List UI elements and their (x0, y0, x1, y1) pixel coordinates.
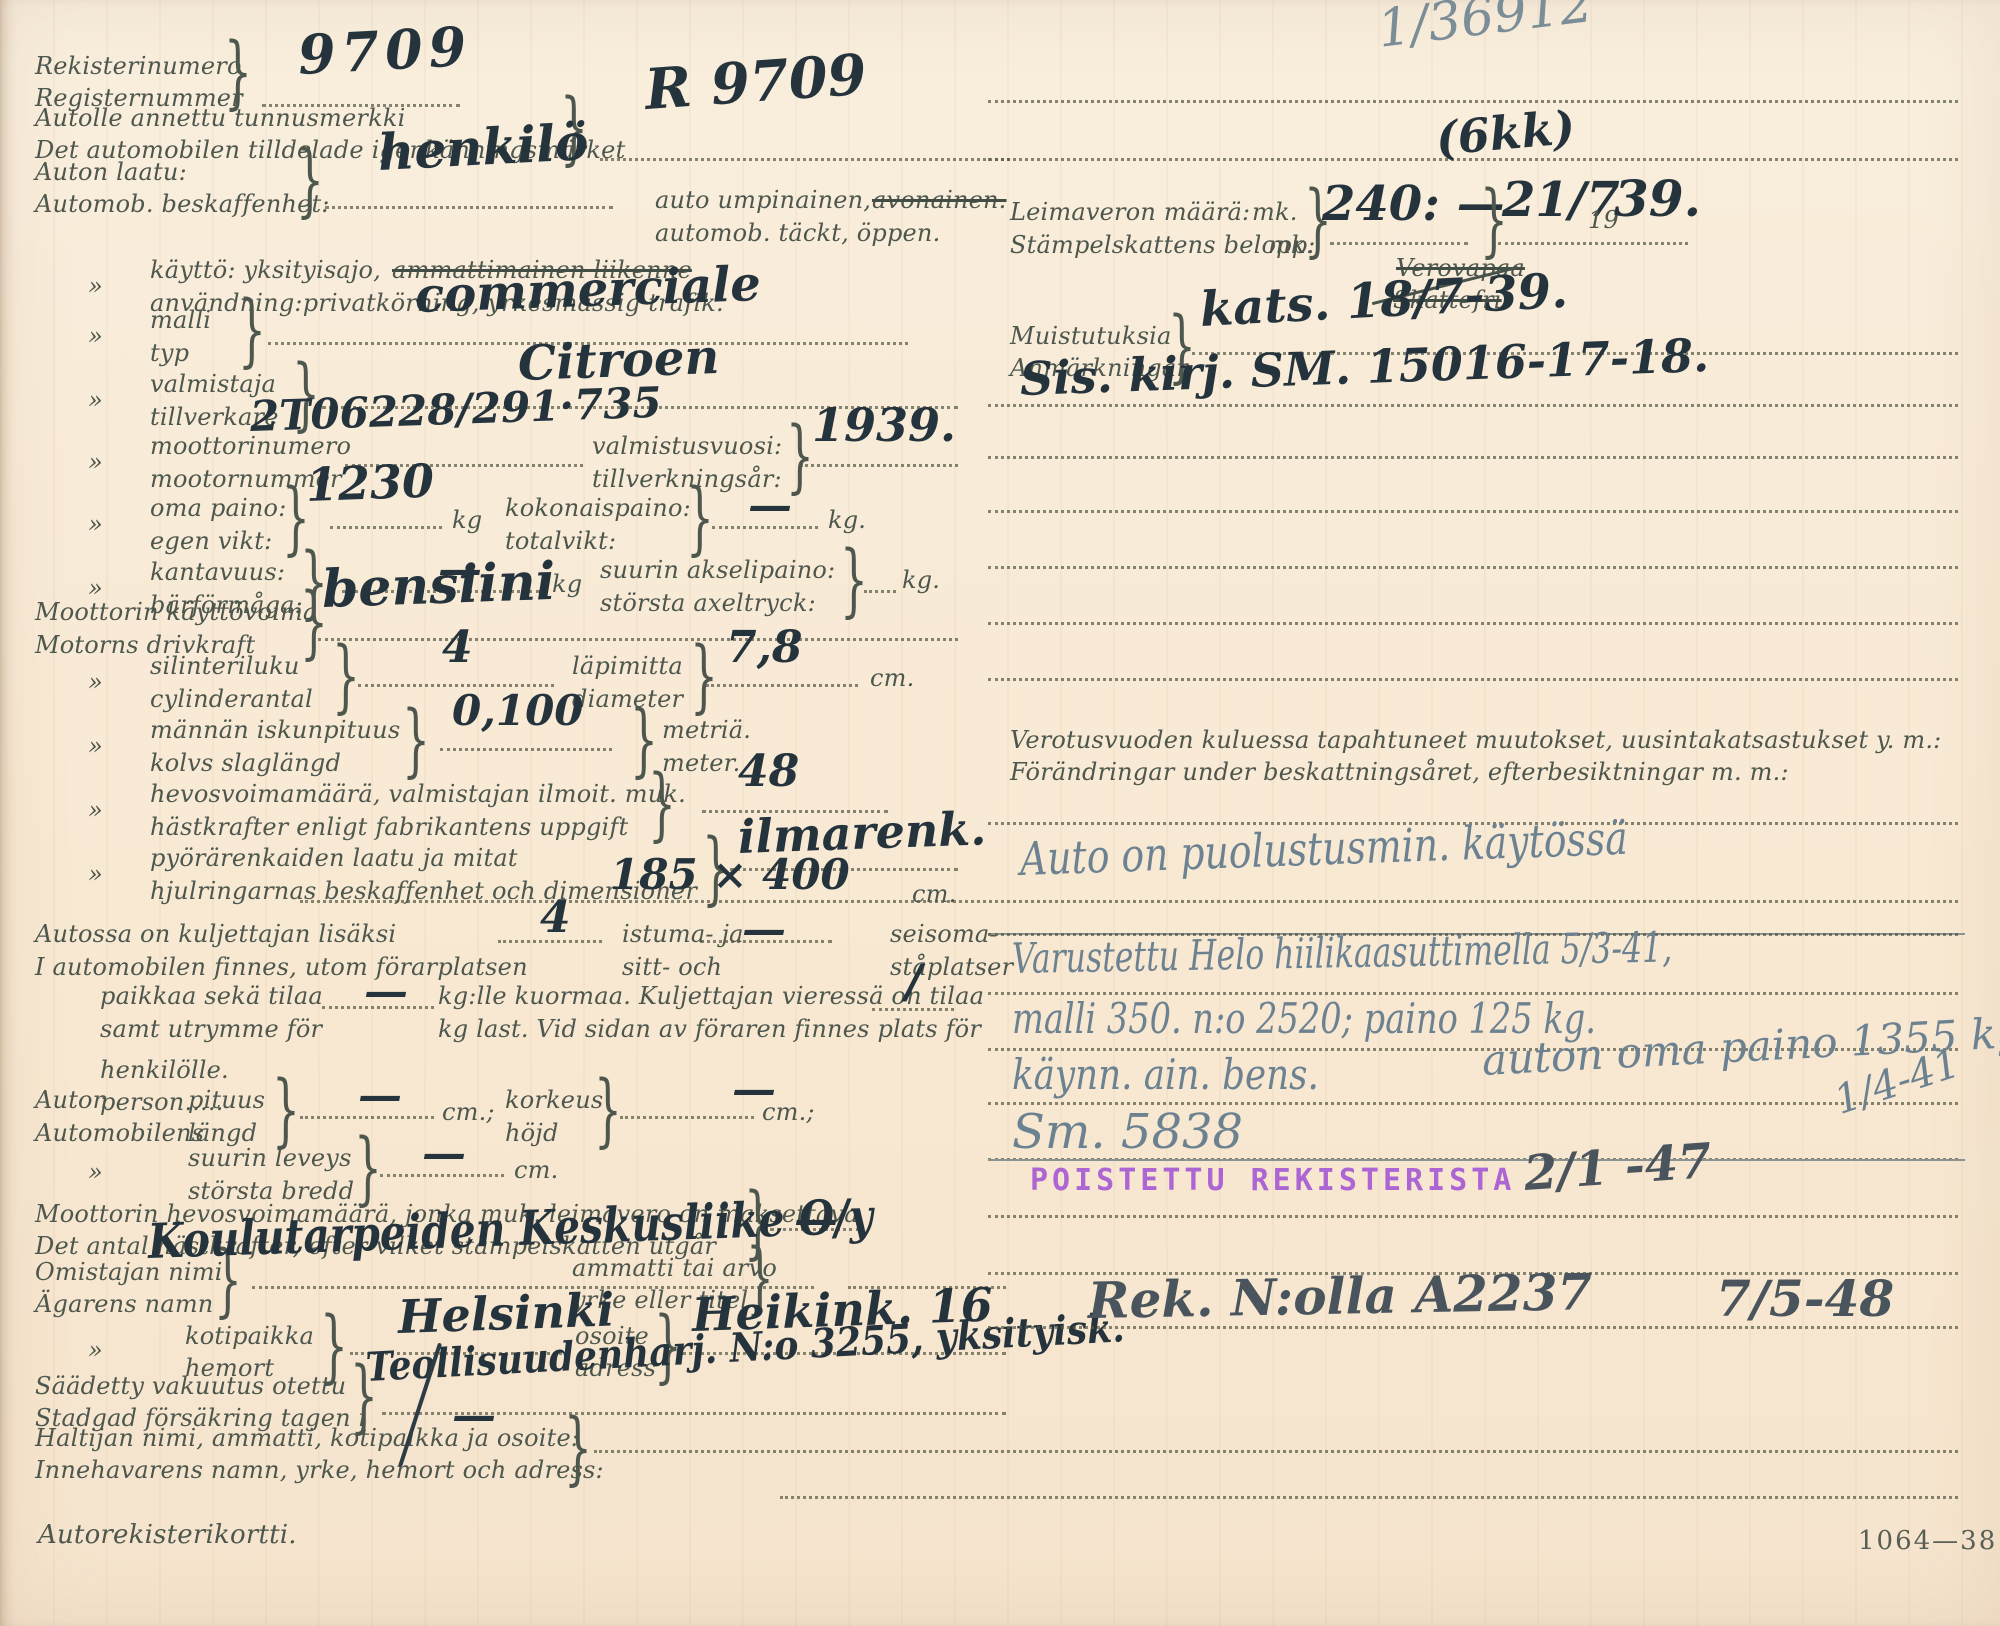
unit-cm: cm.; (442, 1098, 495, 1127)
label-id-mark-fi: Autolle annettu tunnusmerkki (35, 104, 405, 133)
label-body-open-struck: avonainen. (872, 186, 1007, 215)
dotted-line (594, 1450, 1958, 1453)
dotted-line (988, 622, 1958, 625)
unit-cm: cm.; (762, 1098, 815, 1127)
value-motive-power: bensiini (321, 556, 556, 616)
reregistration-date: 7/5-48 (1716, 1274, 1894, 1324)
unit-kg: kg. (828, 506, 866, 535)
ditto-mark: » (88, 732, 103, 761)
d otted-line (700, 940, 832, 943)
value-model: commerciale (414, 260, 761, 320)
value-year: 1939. (812, 402, 956, 448)
label-load-fi: paikkaa sekä tilaa (100, 982, 323, 1011)
label-year-fi: valmistusvuosi: (592, 432, 782, 461)
ditto-mark: » (88, 796, 103, 825)
dotted-line (800, 464, 958, 467)
dotted-line (780, 1496, 1958, 1499)
dotted-line (1330, 242, 1468, 245)
dotted-line (988, 566, 1958, 569)
label-car-sv: Automobilens (35, 1119, 204, 1148)
label-remarks-fi: Muistutuksia (1010, 322, 1171, 351)
note-six-months: (6kk) (1434, 104, 1577, 162)
label-holder-sv: Innehavarens namn, yrke, hemort och adre… (35, 1456, 604, 1485)
label-insurance-fi: Säädetty vakuutus otettu (35, 1372, 346, 1401)
brace: } (686, 480, 714, 559)
label-horsepower-fi: hevosvoimamäärä, valmistajan ilmoit. muk… (150, 780, 686, 809)
label-cylinders-fi: silinteriluku (150, 652, 300, 681)
label-horsepower-sv: hästkrafter enligt fabrikantens uppgift (150, 813, 628, 842)
ditto-mark: » (88, 322, 103, 351)
ditto-mark: » (88, 448, 103, 477)
label-load-sv: samt utrymme för (100, 1015, 322, 1044)
note-petrol-start: käynn. ain. bens. (1012, 1054, 1319, 1096)
value-horsepower: 48 (738, 750, 799, 794)
label-seats-sv: I automobilen finnes, utom förarplatsen (35, 953, 528, 982)
label-body-closed-sv: automob. täckt, öppen. (655, 219, 940, 248)
label-model-fi: malli (150, 306, 211, 335)
value-registration-number: 9709 (297, 19, 474, 82)
brace: } (564, 1410, 592, 1489)
label-bore-fi: läpimitta (572, 652, 683, 681)
unit-kg: kg (552, 570, 582, 599)
ruled-line (988, 1159, 1965, 1161)
value-own-weight: 1230 (305, 458, 435, 508)
dotted-line (988, 456, 1958, 459)
reregistration-note: Rek. N:olla A2237 (1088, 1267, 1593, 1326)
dotted-line (380, 1174, 504, 1177)
dotted-line (864, 590, 896, 593)
value-length: — (358, 1074, 402, 1118)
label-cylinders-sv: cylinderantal (150, 685, 313, 714)
unit-meters-fi: metriä. (662, 716, 751, 745)
label-registration-number-fi: Rekisterinumero (35, 52, 242, 81)
archive-number-handwriting: 1/36912 (1375, 0, 1596, 56)
label-vehicle-kind-sv: Automob. beskaffenhet: (35, 190, 330, 219)
label-stamp-tax-fi: Leimaveron määrä: (1010, 198, 1250, 227)
value-seat-count: 4 (540, 896, 571, 940)
card-title: Autorekisterikortti. (38, 1520, 297, 1551)
label-sitting-fi: istuma- ja (622, 920, 744, 949)
label-length-fi: pituus (188, 1086, 265, 1115)
value-width: — (422, 1132, 466, 1176)
brace: } (224, 34, 252, 113)
unit-kg: kg (452, 506, 482, 535)
label-holder-fi: Haltijan nimi, ammatti, kotipaikka ja os… (35, 1424, 579, 1453)
remark-line-1: kats. 18/7-39. (1199, 267, 1569, 334)
ditto-mark: » (88, 668, 103, 697)
unit-kg: kg. (902, 566, 940, 595)
vehicle-registration-card: 1/36912 Rekisterinumero Registernummer }… (0, 0, 2000, 1626)
dotted-line (620, 1116, 754, 1119)
form-number: 1064—38 (1858, 1526, 1997, 1557)
label-tires-fi: pyörärenkaiden laatu ja mitat (150, 844, 518, 873)
value-tire-size: 185 × 400 (610, 854, 850, 896)
value-id-mark: R 9709 (643, 47, 868, 118)
dotted-line (330, 526, 442, 529)
label-axle-load-fi: suurin akselipaino: (600, 556, 835, 585)
label-bore-sv: diameter (572, 685, 683, 714)
ditto-mark: » (88, 386, 103, 415)
value-holder-dash: — (452, 1394, 496, 1438)
dotted-line (988, 404, 1958, 407)
deregistration-date: 2/1 -47 (1522, 1137, 1713, 1198)
value-cylinders: 4 (442, 626, 473, 670)
dotted-line (988, 678, 1958, 681)
label-height-fi: korkeus (505, 1086, 603, 1115)
label-vehicle-kind-fi: Auton laatu: (35, 158, 187, 187)
label-domicile-fi: kotipaikka (185, 1322, 314, 1351)
label-standing-fi: seisoma- (890, 920, 998, 949)
dotted-line (988, 100, 1958, 103)
label-owner-sv: Ägarens namn (35, 1290, 213, 1319)
unit-cm: cm. (912, 880, 956, 909)
label-seats-fi: Autossa on kuljettajan lisäksi (35, 920, 396, 949)
label-load-mid-fi: kg:lle kuormaa. Kuljettajan vieressä on … (438, 982, 984, 1011)
ditto-mark: » (88, 1158, 103, 1187)
dotted-line (872, 1008, 954, 1011)
label-body-closed: auto umpinainen, (655, 186, 871, 215)
ditto-mark: » (88, 272, 103, 301)
ditto-mark: » (88, 1336, 103, 1365)
label-model-sv: typ (150, 339, 189, 368)
dotted-line (440, 748, 612, 751)
deregistration-stamp: POISTETTU REKISTERISTA (1030, 1166, 1515, 1196)
brace: } (648, 766, 676, 845)
label-changes-sv: Förändringar under beskattningsåret, eft… (1010, 758, 1789, 787)
label-load-mid-sv: kg last. Vid sidan av föraren finnes pla… (438, 1015, 981, 1044)
label-own-weight-sv: egen vikt: (150, 527, 272, 556)
brace: } (840, 542, 868, 621)
ditto-mark: » (88, 860, 103, 889)
brace: } (296, 142, 324, 221)
dotted-line (318, 638, 958, 641)
brace: } (354, 1130, 382, 1209)
brace: } (238, 292, 266, 371)
label-stroke-sv: kolvs slaglängd (150, 749, 341, 778)
label-capacity-fi: kantavuus: (150, 558, 285, 587)
value-vehicle-kind: henkilö (377, 117, 590, 178)
value-stroke: 0,100 (452, 690, 584, 732)
brace: } (332, 638, 360, 717)
brace: } (272, 1072, 300, 1151)
label-total-weight-fi: kokonaispaino: (505, 494, 691, 523)
brace: } (594, 1072, 622, 1151)
dotted-line (712, 526, 818, 529)
dotted-line (706, 684, 858, 687)
label-stroke-fi: männän iskunpituus (150, 716, 400, 745)
dotted-line (988, 510, 1958, 513)
label-own-weight-fi: oma paino: (150, 494, 286, 523)
brace: } (690, 638, 718, 717)
value-standing-places: — (742, 908, 786, 952)
dotted-line (498, 940, 602, 943)
unit-cm: cm. (514, 1156, 558, 1185)
dotted-line (300, 1116, 434, 1119)
note-sm-number: Sm. 5838 (1012, 1108, 1243, 1156)
dotted-line (600, 158, 1010, 161)
value-stamp-tax: 240: — (1322, 180, 1505, 228)
label-changes-fi: Verotusvuoden kuluessa tapahtuneet muuto… (1010, 726, 1941, 755)
ditto-mark: » (88, 510, 103, 539)
label-axle-load-sv: största axeltryck: (600, 589, 816, 618)
dotted-line (322, 1006, 434, 1009)
brace: } (402, 702, 430, 781)
dotted-line (325, 206, 613, 209)
dotted-line (988, 1215, 1958, 1218)
value-beside-driver: / (905, 958, 922, 1004)
value-stamp-tax-year: 39. (1614, 174, 1701, 224)
dotted-line (988, 1326, 1958, 1329)
label-height-sv: höjd (505, 1119, 559, 1148)
label-sitting-sv: sitt- och (622, 953, 722, 982)
value-total-weight: — (748, 484, 792, 528)
label-car-fi: Auton (35, 1086, 108, 1115)
unit-mk: mk. (1252, 198, 1298, 227)
value-motor-number: 2T06228/291·735 (249, 382, 662, 438)
label-usage-fi: käyttö: yksityisajo, (150, 256, 381, 285)
label-width-fi: suurin leveys (188, 1144, 352, 1173)
dotted-line (1498, 242, 1688, 245)
unit-cm: cm. (870, 664, 914, 693)
value-bore: 7,8 (726, 626, 803, 670)
note-gasifier: Varustettu Helo hiilikaasuttimella 5/3-4… (1012, 926, 1673, 980)
label-persons-fi: henkilölle. (100, 1056, 229, 1085)
label-motive-power-fi: Moottorin käyttövoima (35, 598, 318, 627)
